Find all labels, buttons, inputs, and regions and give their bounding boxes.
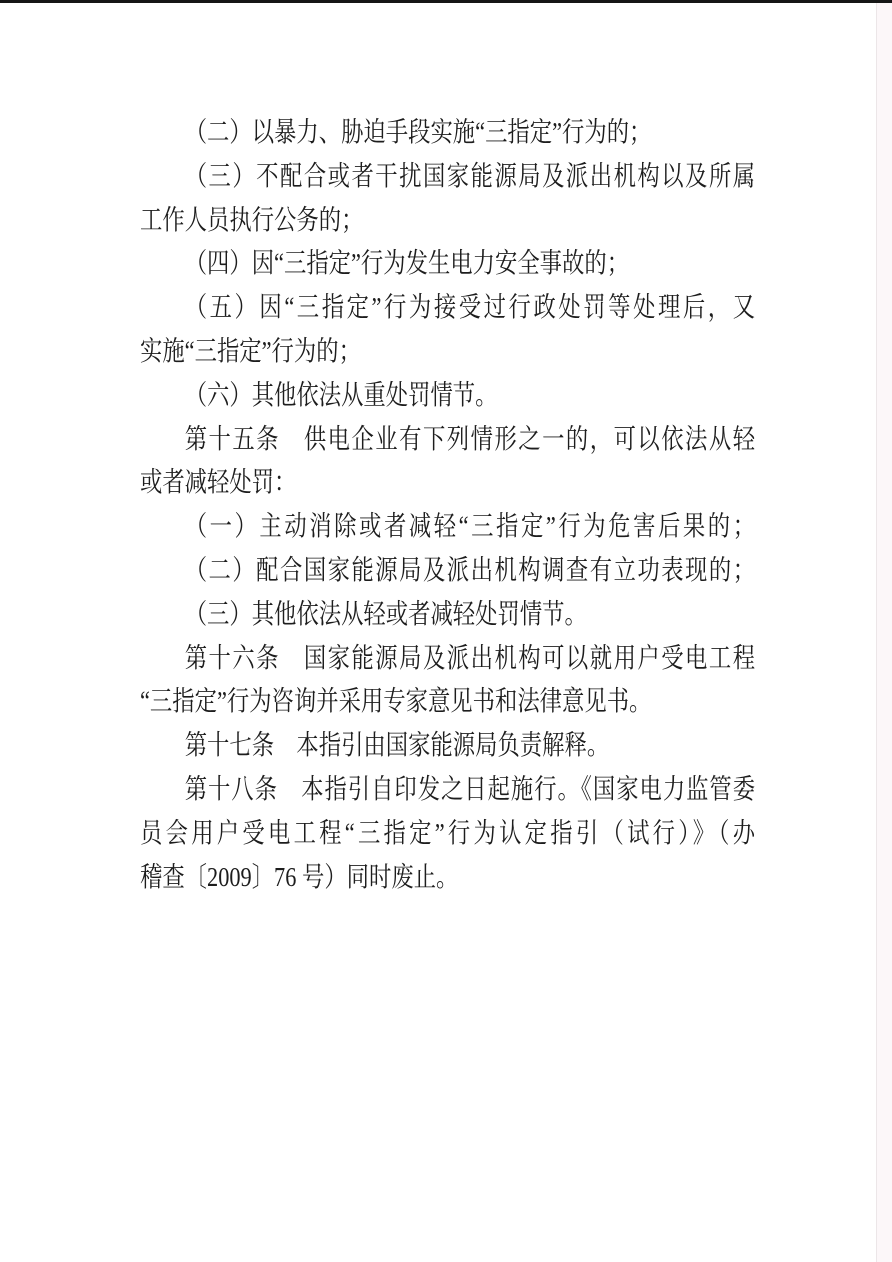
text-line: 或者减轻处罚： <box>140 460 755 504</box>
text-line: 实施“三指定”行为的； <box>140 329 755 373</box>
text-line: 第十六条 国家能源局及派出机构可以就用户受电工程 <box>140 636 755 680</box>
text-line: （五）因“三指定”行为接受过行政处罚等处理后，又 <box>140 285 755 329</box>
text-line: 员会用户受电工程“三指定”行为认定指引（试行）》（办 <box>140 811 755 855</box>
text-line: 稽查〔2009〕76 号）同时废止。 <box>140 855 755 899</box>
document-page: （二）以暴力、胁迫手段实施“三指定”行为的； （三）不配合或者干扰国家能源局及派… <box>0 0 892 1262</box>
text-line: 第十八条 本指引自印发之日起施行。《国家电力监管委 <box>140 767 755 811</box>
text-line: 第十七条 本指引由国家能源局负责解释。 <box>140 723 755 767</box>
document-text: （二）以暴力、胁迫手段实施“三指定”行为的； （三）不配合或者干扰国家能源局及派… <box>140 110 755 898</box>
text-line: （二）以暴力、胁迫手段实施“三指定”行为的； <box>140 110 755 154</box>
scan-top-border <box>0 0 892 3</box>
text-line: （三）其他依法从轻或者减轻处罚情节。 <box>140 592 755 636</box>
text-line: （二）配合国家能源局及派出机构调查有立功表现的； <box>140 548 755 592</box>
text-line: （三）不配合或者干扰国家能源局及派出机构以及所属 <box>140 154 755 198</box>
text-line: （六）其他依法从重处罚情节。 <box>140 373 755 417</box>
scan-right-edge-shadow <box>876 3 892 1262</box>
text-line: 工作人员执行公务的； <box>140 198 755 242</box>
text-line: （一）主动消除或者减轻“三指定”行为危害后果的； <box>140 504 755 548</box>
text-line: “三指定”行为咨询并采用专家意见书和法律意见书。 <box>140 679 755 723</box>
text-line: （四）因“三指定”行为发生电力安全事故的； <box>140 241 755 285</box>
text-line: 第十五条 供电企业有下列情形之一的，可以依法从轻 <box>140 417 755 461</box>
